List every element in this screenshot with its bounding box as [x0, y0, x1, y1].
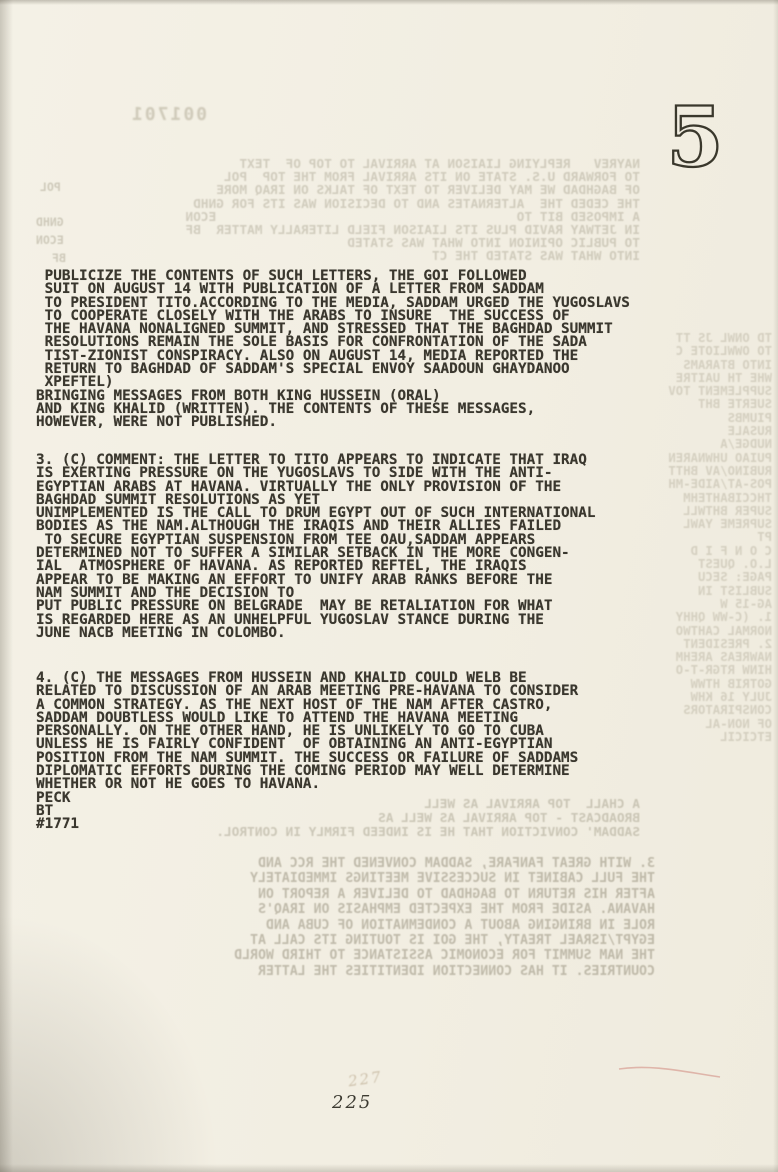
bleedthrough-stamp-number: 001701 [130, 104, 207, 125]
scan-shadow-left [0, 0, 13, 1172]
cable-paragraph-3-comment: 3. (C) COMMENT: THE LETTER TO TITO APPEA… [36, 454, 595, 640]
bleedthrough-top-paragraph: NAYREV REPLYING LIAISON AT ARRIVAL TO TO… [60, 158, 640, 264]
pink-pen-stroke [619, 1067, 720, 1077]
pink-pen-mark [615, 1062, 725, 1084]
cable-paragraph-4-signoff: 4. (C) THE MESSAGES FROM HUSSEIN AND KHA… [36, 672, 578, 832]
scan-shadow-top [0, 0, 778, 5]
bleedthrough-margin-fragment: ECON [36, 233, 64, 247]
scanned-cable-page: 001701 NAYREV REPLYING LIAISON AT ARRIVA… [0, 0, 778, 1172]
page-number: 225 [332, 1092, 372, 1113]
scan-shadow-right [773, 0, 778, 1172]
bleedthrough-margin-fragment: POL [40, 180, 61, 194]
bleedthrough-margin-fragment: BF [52, 251, 66, 265]
cable-paragraph-continued: PUBLICIZE THE CONTENTS OF SUCH LETTERS, … [36, 270, 630, 430]
ghost-page-number: 227 [347, 1068, 384, 1091]
corner-number-five: 5 [658, 88, 732, 188]
corner-number-five-glyph: 5 [666, 90, 723, 186]
bleedthrough-bottom-paragraph: 3. WITH GREAT FANFARE, SADDAM CONVENED T… [150, 856, 655, 979]
bleedthrough-margin-fragment: GNHD [36, 215, 64, 229]
scan-shadow-bottom [0, 1164, 778, 1172]
